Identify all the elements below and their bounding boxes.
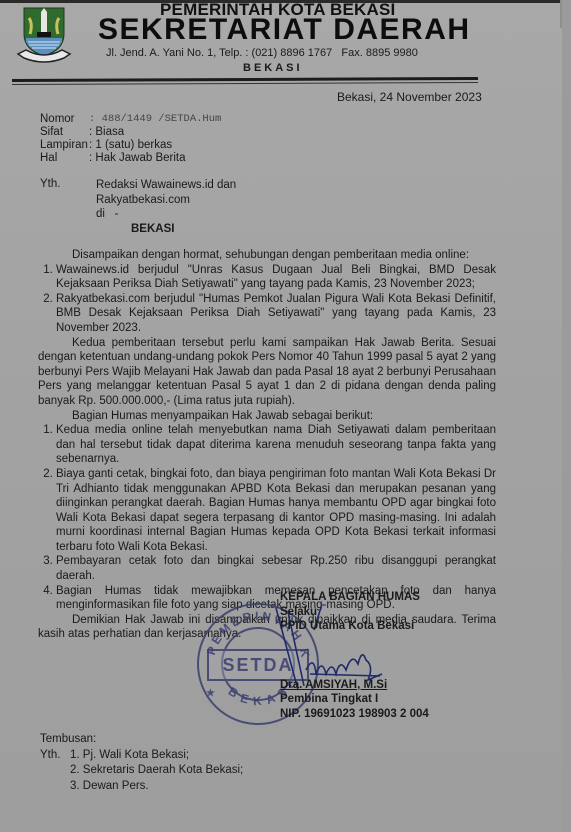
letter-metadata: Nomor : 488/1449 /SETDA.Hum Sifat : Bias… [40,113,221,165]
meta-row-lampiran: Lampiran : 1 (satu) berkas [40,139,221,152]
answer-list: Kedua media online telah menyebutkan nam… [38,423,496,613]
recipient-city: BEKASI [96,222,236,237]
signer-name: Dra. AMSIYAH, M.Si [280,678,429,693]
cc-row: 3. Dewan Pers. [40,779,243,795]
signer-nip: NIP. 19691023 198903 2 004 [280,707,429,722]
answer-item: Biaya ganti cetak, bingkai foto, dan bia… [56,467,496,555]
legal-paragraph: Kedua pemberitaan tersebut perlu kami sa… [38,336,496,409]
answer-item: Kedua media online telah menyebutkan nam… [56,423,496,467]
meta-label: Lampiran [40,139,89,152]
meta-value: : 1 (satu) berkas [89,139,172,152]
svg-text:★: ★ [206,688,215,699]
cc-row: 2. Sekretaris Daerah Kota Bekasi; [40,763,243,779]
recipient-line: Redaksi Wawainews.id dan [96,178,236,193]
cc-prefix: Yth. [40,748,70,764]
meta-row-hal: Hal : Hak Jawab Berita [40,152,221,165]
signer-rank: Pembina Tingkat I [280,692,429,707]
cc-heading: Tembusan: [40,732,243,748]
signature-block: KEPALA BAGIAN HUMAS Selaku PPID Utama Ko… [280,590,429,721]
scan-edge-mark [560,0,562,28]
letterhead-rule-thick [12,77,478,82]
recipient-prefix: Yth. [40,178,60,190]
meta-value: : Hak Jawab Berita [89,152,186,165]
cc-item: 1. Pj. Wali Kota Bekasi; [70,748,189,764]
recipient-address: Redaksi Wawainews.id dan Rakyatbekasi.co… [96,178,236,236]
letter-date: Bekasi, 24 November 2023 [337,90,482,104]
letter-page: PEMERINTAH KOTA BEKASI SEKRETARIAT DAERA… [0,0,571,832]
answer-intro: Bagian Humas menyampaikan Hak Jawab seba… [38,409,496,424]
cc-item: 2. Sekretaris Daerah Kota Bekasi; [70,763,243,779]
meta-label: Nomor [40,113,89,126]
meta-label: Sifat [40,126,89,139]
recipient-line: Rakyatbekasi.com [96,193,236,208]
signer-capacity: Selaku [280,605,429,620]
news-list: Wawainews.id berjudul "Unras Kasus Dugaa… [38,263,496,336]
office-address: Jl. Jend. A. Yani No. 1, Telp. : (021) 8… [106,47,418,59]
office-name: SEKRETARIAT DAERAH [98,13,471,47]
letter-body: Disampaikan dengan hormat, sehubungan de… [38,248,496,642]
recipient-line: di - [96,207,236,222]
kota-bekasi-emblem-icon [16,4,72,66]
meta-value: : 488/1449 /SETDA.Hum [89,113,221,126]
news-item: Wawainews.id berjudul "Unras Kasus Dugaa… [56,263,496,292]
office-city: BEKASI [243,62,303,74]
carbon-copy: Tembusan: Yth. 1. Pj. Wali Kota Bekasi; … [40,732,243,794]
cc-row: Yth. 1. Pj. Wali Kota Bekasi; [40,748,243,764]
meta-row-sifat: Sifat : Biasa [40,126,221,139]
meta-row-nomor: Nomor : 488/1449 /SETDA.Hum [40,113,221,126]
meta-label: Hal [40,152,89,165]
meta-value: : Biasa [89,126,124,139]
signer-title: KEPALA BAGIAN HUMAS [280,590,429,605]
letterhead-rule-thin [12,82,478,85]
signer-role: PPID Utama Kota Bekasi [280,619,429,634]
scan-right-strip [562,0,571,832]
cc-item: 3. Dewan Pers. [70,779,149,795]
answer-item: Pembayaran cetak foto dan bingkai sebesa… [56,554,496,583]
opening-paragraph: Disampaikan dengan hormat, sehubungan de… [38,248,496,263]
news-item: Rakyatbekasi.com berjudul "Humas Pemkot … [56,292,496,336]
